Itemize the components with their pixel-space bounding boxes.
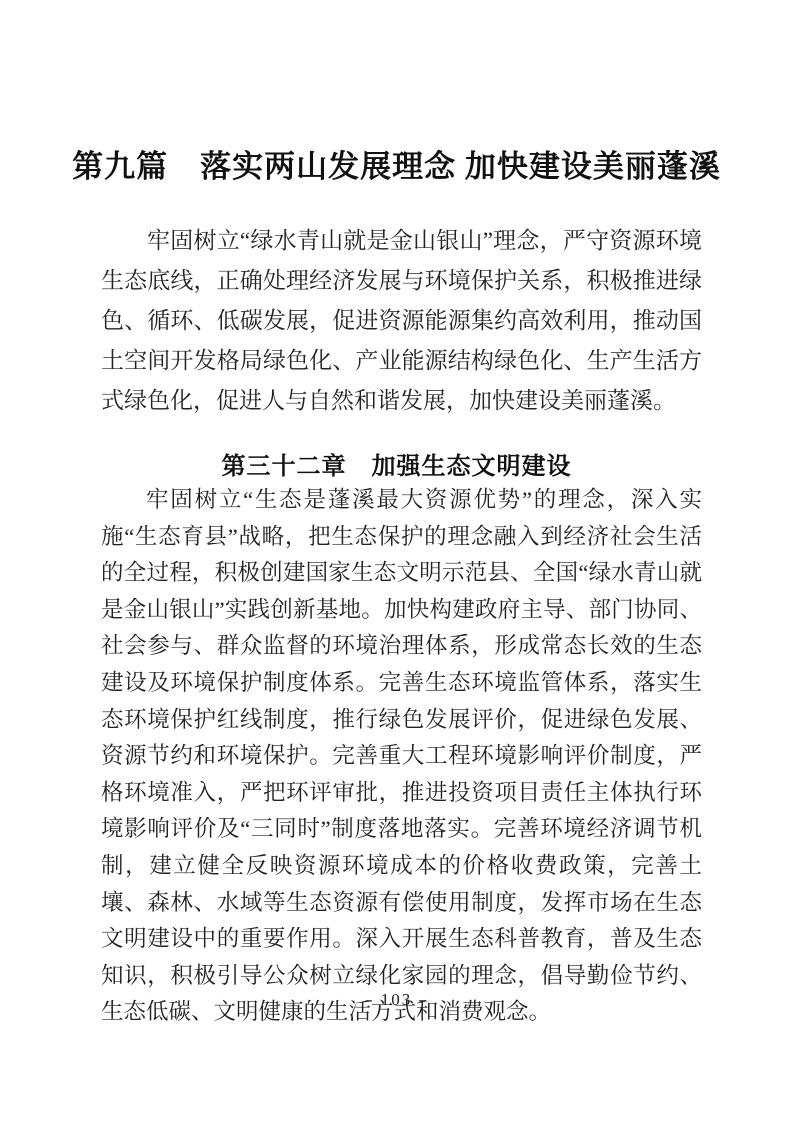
chapter-heading: 第三十二章 加强生态文明建设	[0, 446, 793, 481]
document-page: 第九篇 落实两山发展理念 加快建设美丽蓬溪 牢固树立“绿水青山就是金山银山”理念…	[0, 0, 793, 1122]
section-title: 第九篇 落实两山发展理念 加快建设美丽蓬溪	[0, 141, 793, 186]
chapter-paragraph: 牢固树立“生态是蓬溪最大资源优势”的理念，深入实施“生态育县”战略，把生态保护的…	[101, 482, 702, 1031]
page-number: - 103 -	[0, 990, 793, 1010]
intro-paragraph: 牢固树立“绿水青山就是金山银山”理念，严守资源环境生态底线，正确处理经济发展与环…	[101, 221, 702, 421]
